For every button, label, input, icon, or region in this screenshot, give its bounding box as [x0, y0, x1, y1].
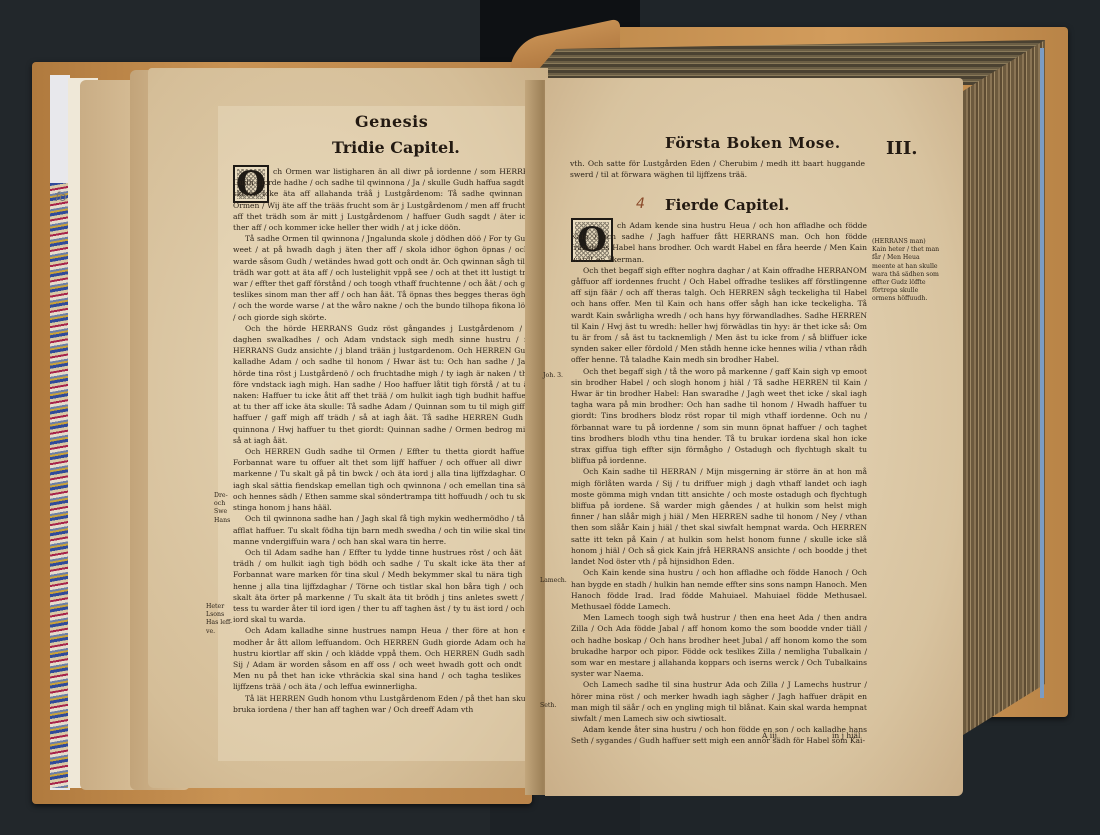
left-paragraph-3: Och the hörde HERRANS Gudz röst gångande… [233, 323, 535, 446]
right-paragraph-1: ch Adam kende sina hustru Heua / och hon… [571, 220, 867, 265]
margin-ref-seth: Seth. [540, 702, 556, 710]
left-paragraph-1: ch Ormen war listigharen än all diwr på … [233, 166, 535, 233]
catchword: in j hiäl [832, 731, 860, 740]
right-paragraph-4: Och Kain sadhe til HERRAN / Mijn misgern… [571, 466, 867, 567]
left-paragraph-8: Tå lät HERREN Gudh honom vthu Lustgården… [233, 693, 535, 715]
margin-ref-lamech: Lamech. [540, 577, 567, 585]
right-page-body: ch Adam kende sina hustru Heua / och hon… [571, 220, 867, 747]
left-chapter-heading: Tridie Capitel. [332, 138, 460, 157]
pencil-chapter-number: 4 [636, 196, 645, 212]
right-chapter-heading: Fierde Capitel. [665, 196, 789, 214]
left-paragraph-5: Och til qwinnona sadhe han / Jagh skal f… [233, 513, 535, 547]
left-paragraph-7: Och Adam kalladhe sinne hustrues nampn H… [233, 625, 535, 692]
sprinkled-edge-stripe [1040, 48, 1044, 698]
right-paragraph-2: Och thet begaff sigh effter noghra dagha… [571, 265, 867, 366]
signature-mark: A iij [762, 731, 777, 740]
folio-number: III. [886, 138, 918, 159]
left-margin-note-1: Dre- och Swe Hans [214, 492, 236, 525]
right-paragraph-7: Och Lamech sadhe til sina hustrur Ada oc… [571, 679, 867, 724]
left-paragraph-2: Tå sadhe Ormen til qwinnona / Jngalunda … [233, 233, 535, 323]
page-block-fore-edge [955, 40, 1045, 740]
left-paragraph-4: Och HERREN Gudh sadhe til Ormen / Effter… [233, 446, 535, 513]
left-margin-note-2: Heter Lsons Has leff- ve. [206, 603, 234, 636]
right-paragraph-3: Och thet begaff sigh / tå the woro på ma… [571, 366, 867, 467]
right-running-head: Första Boken Mose. [665, 134, 841, 152]
right-side-gloss: (HERRANS man) Kain heter / thet man får … [872, 238, 940, 304]
right-paragraph-6: Men Lamech toogh sigh twå hustrur / then… [571, 612, 867, 679]
right-paragraph-8: Adam kende åter sina hustru / och hon fö… [571, 724, 867, 746]
right-carryover-text: vth. Och satte för Lustgården Eden / Che… [570, 158, 865, 180]
right-paragraph-5: Och Kain kende sina hustru / och hon aff… [571, 567, 867, 612]
margin-ref-joh: Joh. 3. [543, 372, 563, 380]
left-paragraph-6: Och til Adam sadhe han / Effter tu lydde… [233, 547, 535, 625]
endpaper-pencil-note: fo [55, 190, 67, 204]
marbled-endpaper [50, 183, 70, 788]
left-running-head: Genesis [355, 112, 428, 131]
left-page-body: ch Ormen war listigharen än all diwr på … [233, 166, 535, 715]
